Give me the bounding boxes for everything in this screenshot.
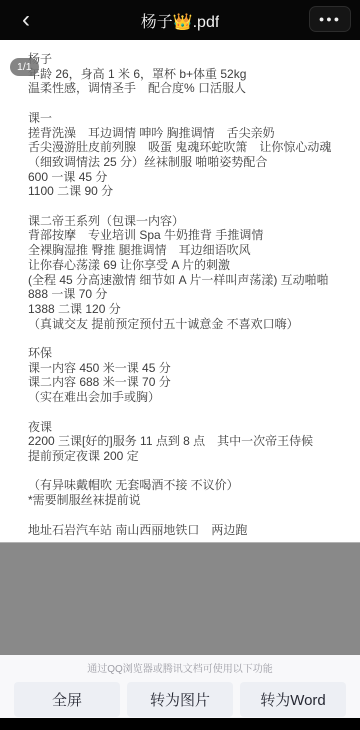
- document-line: 杨子: [28, 52, 354, 67]
- document-line: 地址石岩汽车站 南山西丽地铁口 两边跑: [28, 523, 354, 538]
- more-options-button[interactable]: ●●●: [309, 6, 351, 32]
- fullscreen-button[interactable]: 全屏: [14, 682, 120, 717]
- document-line: (全程 45 分高速激情 细节如 A 片一样叫声荡漾) 互动啪啪: [28, 273, 354, 288]
- document-line: 环保: [28, 346, 354, 361]
- back-chevron-icon: ‹: [22, 8, 30, 32]
- action-button-row: 全屏 转为图片 转为Word: [0, 675, 360, 717]
- document-line: 1388 二课 120 分: [28, 302, 354, 317]
- document-line: 课一: [28, 111, 354, 126]
- document-line: 提前预定夜课 200 定: [28, 449, 354, 464]
- document-line: 888 一课 70 分: [28, 287, 354, 302]
- back-button[interactable]: ‹: [10, 4, 42, 36]
- document-line: [28, 199, 354, 214]
- document-line: 2200 三课[好的]服务 11 点到 8 点 其中一次帝王侍候: [28, 434, 354, 449]
- feature-hint-text: 通过QQ浏览器或腾讯文档可使用以下功能: [0, 655, 360, 675]
- document-line: （有异味戴帽吹 无套喝酒不接 不议价）: [28, 478, 354, 493]
- document-line: 600 一课 45 分: [28, 170, 354, 185]
- document-line: 温柔性感，调情圣手 配合度% 口活服人: [28, 81, 354, 96]
- document-line: 课一内容 450 米一课 45 分: [28, 361, 354, 376]
- pdf-page[interactable]: 杨子 年龄 26，身高 1 米 6，罩杯 b+体重 52kg 温柔性感，调情圣手…: [0, 40, 360, 543]
- document-line: [28, 508, 354, 523]
- document-line: 搓背洗澡 耳边调情 呻吟 胸推调情 舌尖亲奶: [28, 126, 354, 141]
- ellipsis-icon: ●●●: [319, 14, 341, 24]
- page-indicator-badge: 1/1: [10, 58, 39, 76]
- document-line: （细致调情法 25 分）丝袜制服 啪啪姿势配合: [28, 155, 354, 170]
- document-line: 年龄 26，身高 1 米 6，罩杯 b+体重 52kg: [28, 67, 354, 82]
- document-line: 1100 二课 90 分: [28, 184, 354, 199]
- footer-action-bar: 通过QQ浏览器或腾讯文档可使用以下功能 全屏 转为图片 转为Word: [0, 655, 360, 718]
- document-line: *需要制服丝袜提前说: [28, 493, 354, 508]
- document-line: [28, 96, 354, 111]
- document-line: [28, 405, 354, 420]
- document-line: 背部按摩 专业培训 Spa 牛奶推背 手推调情: [28, 228, 354, 243]
- convert-to-word-button[interactable]: 转为Word: [240, 682, 346, 717]
- document-title: 杨子👑.pdf: [141, 9, 220, 32]
- pdf-viewer-app: ‹ 杨子👑.pdf ●●● 1/1 杨子 年龄 26，身高 1 米 6，罩杯 b…: [0, 0, 360, 730]
- convert-to-image-button[interactable]: 转为图片: [127, 682, 233, 717]
- document-line: 课二内容 688 米一课 70 分: [28, 375, 354, 390]
- document-text-block: 杨子 年龄 26，身高 1 米 6，罩杯 b+体重 52kg 温柔性感，调情圣手…: [0, 40, 360, 537]
- document-line: 夜课: [28, 420, 354, 435]
- document-line: 舌尖漫游肚皮前列腺 吸蛋 鬼魂环蛇吹箫 让你惊心动魂: [28, 140, 354, 155]
- document-line: （实在难出会加手或胸）: [28, 390, 354, 405]
- document-line: （真诚交友 提前预定预付五十诚意金 不喜欢口嗨）: [28, 317, 354, 332]
- header-bar: ‹ 杨子👑.pdf ●●●: [0, 0, 360, 40]
- document-line: [28, 331, 354, 346]
- document-line: 让你春心荡漾 69 让你享受 A 片的刺激: [28, 258, 354, 273]
- document-line: 全裸胸湿推 臀推 腿推调情 耳边细语吹风: [28, 243, 354, 258]
- document-line: 课二帝王系列（包课一内容）: [28, 214, 354, 229]
- document-line: [28, 464, 354, 479]
- bottom-banner-cutoff: [0, 718, 360, 730]
